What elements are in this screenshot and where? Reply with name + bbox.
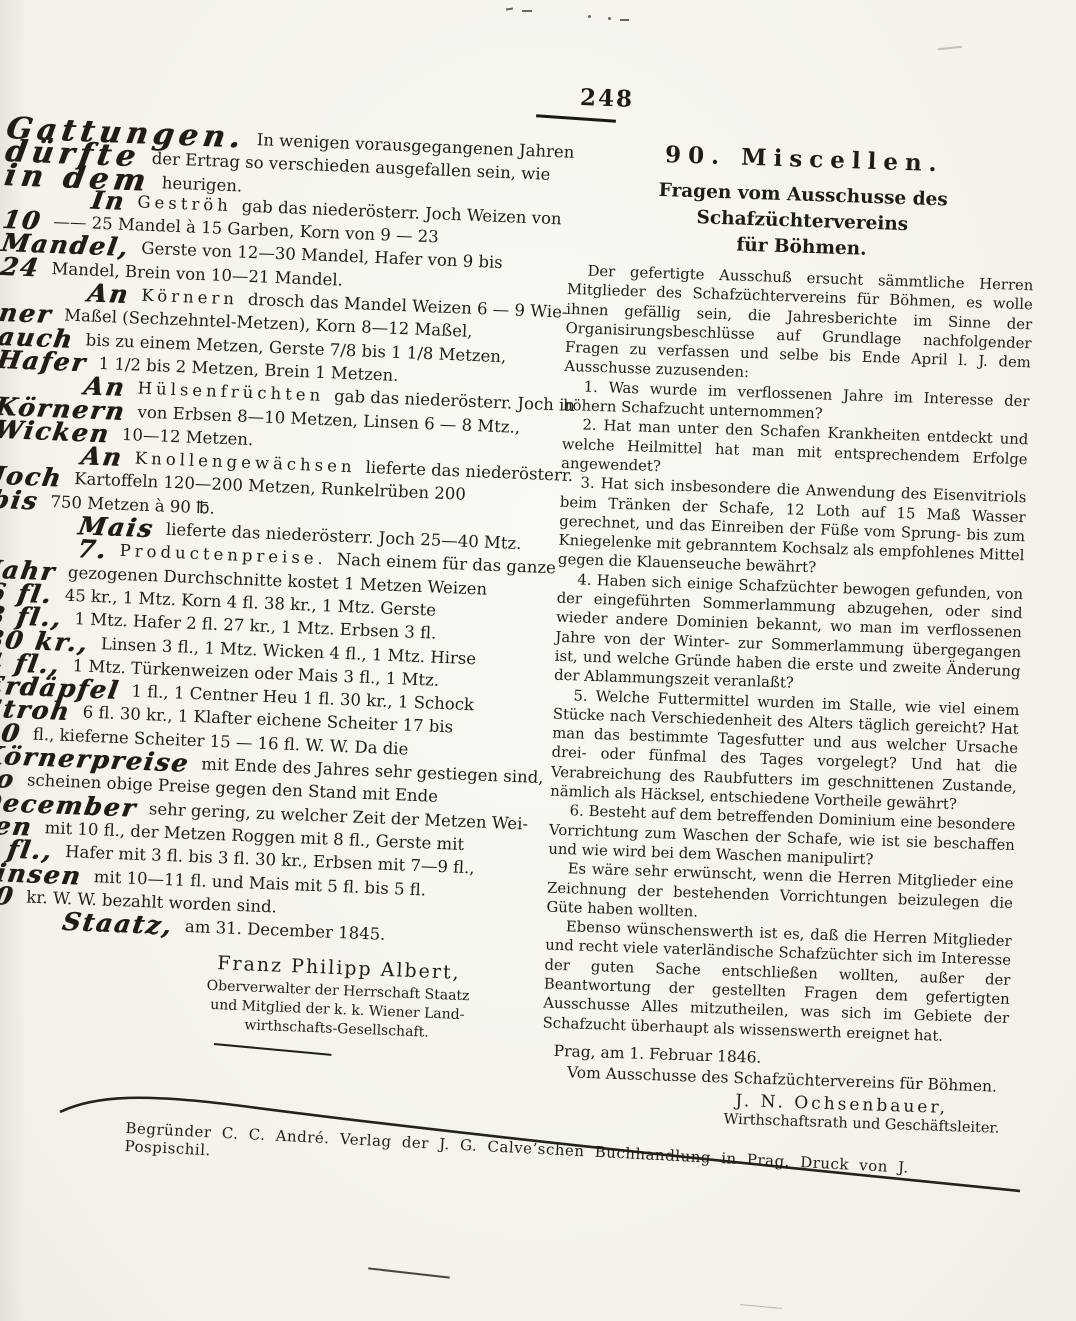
page-number-rule — [536, 114, 616, 123]
lead-word: 7. — [75, 537, 109, 563]
line-rest: am 31. December 1845. — [185, 917, 386, 944]
lead-word: in dem — [2, 161, 152, 197]
lead-word: An — [86, 281, 132, 308]
spaced-word: Geströh — [137, 192, 232, 215]
ink-speck — [608, 17, 611, 20]
section-end-rule — [214, 1043, 332, 1056]
scan-mark — [740, 1304, 782, 1309]
ink-speck — [938, 46, 962, 50]
lead-word: An — [79, 444, 125, 471]
scan-mark — [368, 1267, 450, 1278]
lead-word: Staatz, — [61, 909, 175, 938]
right-column: 90. Miscellen. Fragen vom Ausschusse des… — [539, 138, 1037, 1137]
paragraph: 3. Hat sich insbesondere die Anwendung d… — [558, 473, 1027, 585]
paragraph: Ebenso wünschenswerth ist es, daß die He… — [542, 917, 1012, 1048]
section-heading: 90. Miscellen. — [571, 138, 1038, 180]
lead-word: Körnerpreise — [0, 743, 191, 776]
page-number: 248 — [580, 84, 635, 113]
lead-word: In — [90, 187, 128, 213]
lead-word: Hafer — [0, 347, 89, 375]
paragraph: 4. Haben sich einige Schafzüchter bewoge… — [554, 570, 1024, 701]
article-body: Der gefertigte Ausschuß ersucht sämmtlic… — [542, 261, 1033, 1048]
lead-word: 30 — [0, 882, 16, 908]
ink-speck — [506, 8, 513, 11]
left-signature-block: Franz Philipp Albert, Oberverwalter der … — [181, 951, 494, 1045]
paragraph: Der gefertigte Ausschuß ersucht sämmtlic… — [564, 261, 1034, 392]
left-column-lines: Gattungen.In wenigen vorausgegangenen Ja… — [0, 114, 572, 951]
spaced-word: Körnern — [141, 286, 238, 309]
left-column: Gattungen.In wenigen vorausgegangenen Ja… — [0, 114, 572, 1061]
ink-speck — [522, 10, 532, 12]
lead-word: 24 — [0, 254, 42, 280]
ink-speck — [620, 19, 629, 21]
paragraph: 5. Welche Futtermittel wurden im Stalle,… — [550, 685, 1020, 816]
ink-speck — [588, 15, 591, 18]
lead-word: bis — [0, 487, 41, 514]
